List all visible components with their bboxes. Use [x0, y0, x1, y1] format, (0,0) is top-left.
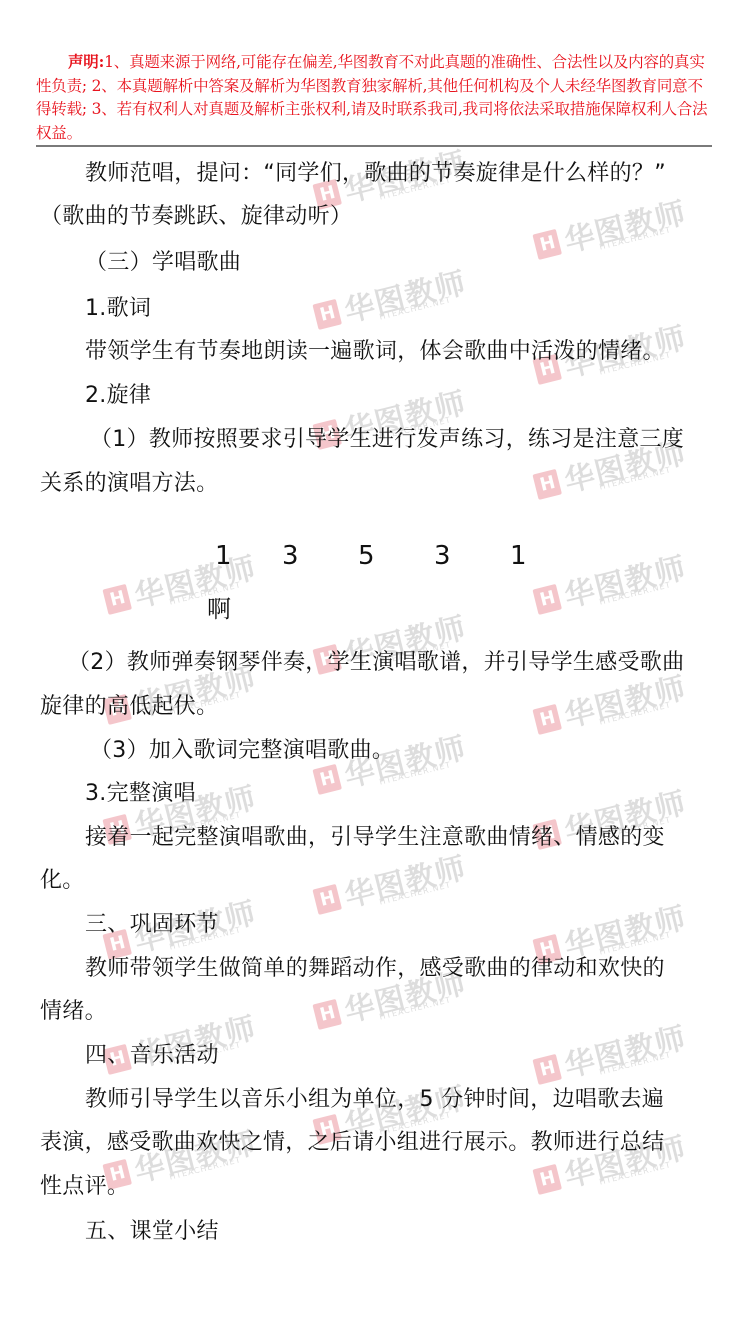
note: 5 [358, 541, 375, 571]
subheading: 1.歌词 [85, 296, 151, 322]
paragraph: 接着一起完整演唱歌曲，引导学生注意歌曲情绪、情感的变 [85, 825, 665, 851]
paragraph: 情绪。 [40, 999, 107, 1025]
paragraph: 教师引导学生以音乐小组为单位，5 分钟时间，边唱歌去遍 [85, 1087, 664, 1113]
paragraph: （3）加入歌词完整演唱歌曲。 [90, 738, 394, 764]
notation-lyric: 啊 [207, 589, 231, 624]
section-heading: 三、巩固环节 [85, 912, 219, 938]
note: 3 [434, 541, 451, 571]
paragraph: 性点评。 [40, 1174, 129, 1200]
paragraph: 旋律的高低起伏。 [40, 694, 218, 720]
disclaimer-label: 声明: [68, 52, 104, 71]
disclaimer: 声明:1、真题来源于网络,可能存在偏差,华图教育不对此真题的准确性、合法性以及内… [36, 50, 712, 145]
paragraph: （1）教师按照要求引导学生进行发声练习，练习是注意三度 [90, 427, 684, 453]
section-heading: 五、课堂小结 [85, 1219, 219, 1245]
section-heading: 四、音乐活动 [85, 1043, 219, 1069]
subheading: 3.完整演唱 [85, 781, 196, 807]
paragraph: 关系的演唱方法。 [40, 471, 218, 497]
paragraph: （歌曲的节奏跳跃、旋律动听） [40, 204, 352, 230]
header-divider [36, 145, 712, 147]
paragraph: 带领学生有节奏地朗读一遍歌词，体会歌曲中活泼的情绪。 [85, 339, 665, 365]
paragraph: 教师带领学生做简单的舞蹈动作，感受歌曲的律动和欢快的 [85, 956, 665, 982]
disclaimer-text: 1、真题来源于网络,可能存在偏差,华图教育不对此真题的准确性、合法性以及内容的真… [36, 53, 707, 142]
paragraph: 表演，感受歌曲欢快之情，之后请小组进行展示。教师进行总结 [40, 1130, 664, 1156]
note: 3 [282, 541, 299, 571]
note: 1 [215, 541, 232, 571]
section-heading: （三）学唱歌曲 [85, 250, 241, 276]
paragraph: （2）教师弹奏钢琴伴奏，学生演唱歌谱，并引导学生感受歌曲 [68, 650, 684, 676]
subheading: 2.旋律 [85, 383, 151, 409]
paragraph: 教师范唱，提问：“同学们，歌曲的节奏旋律是什么样的？” [85, 161, 666, 187]
paragraph: 化。 [40, 868, 85, 894]
note: 1 [510, 541, 527, 571]
